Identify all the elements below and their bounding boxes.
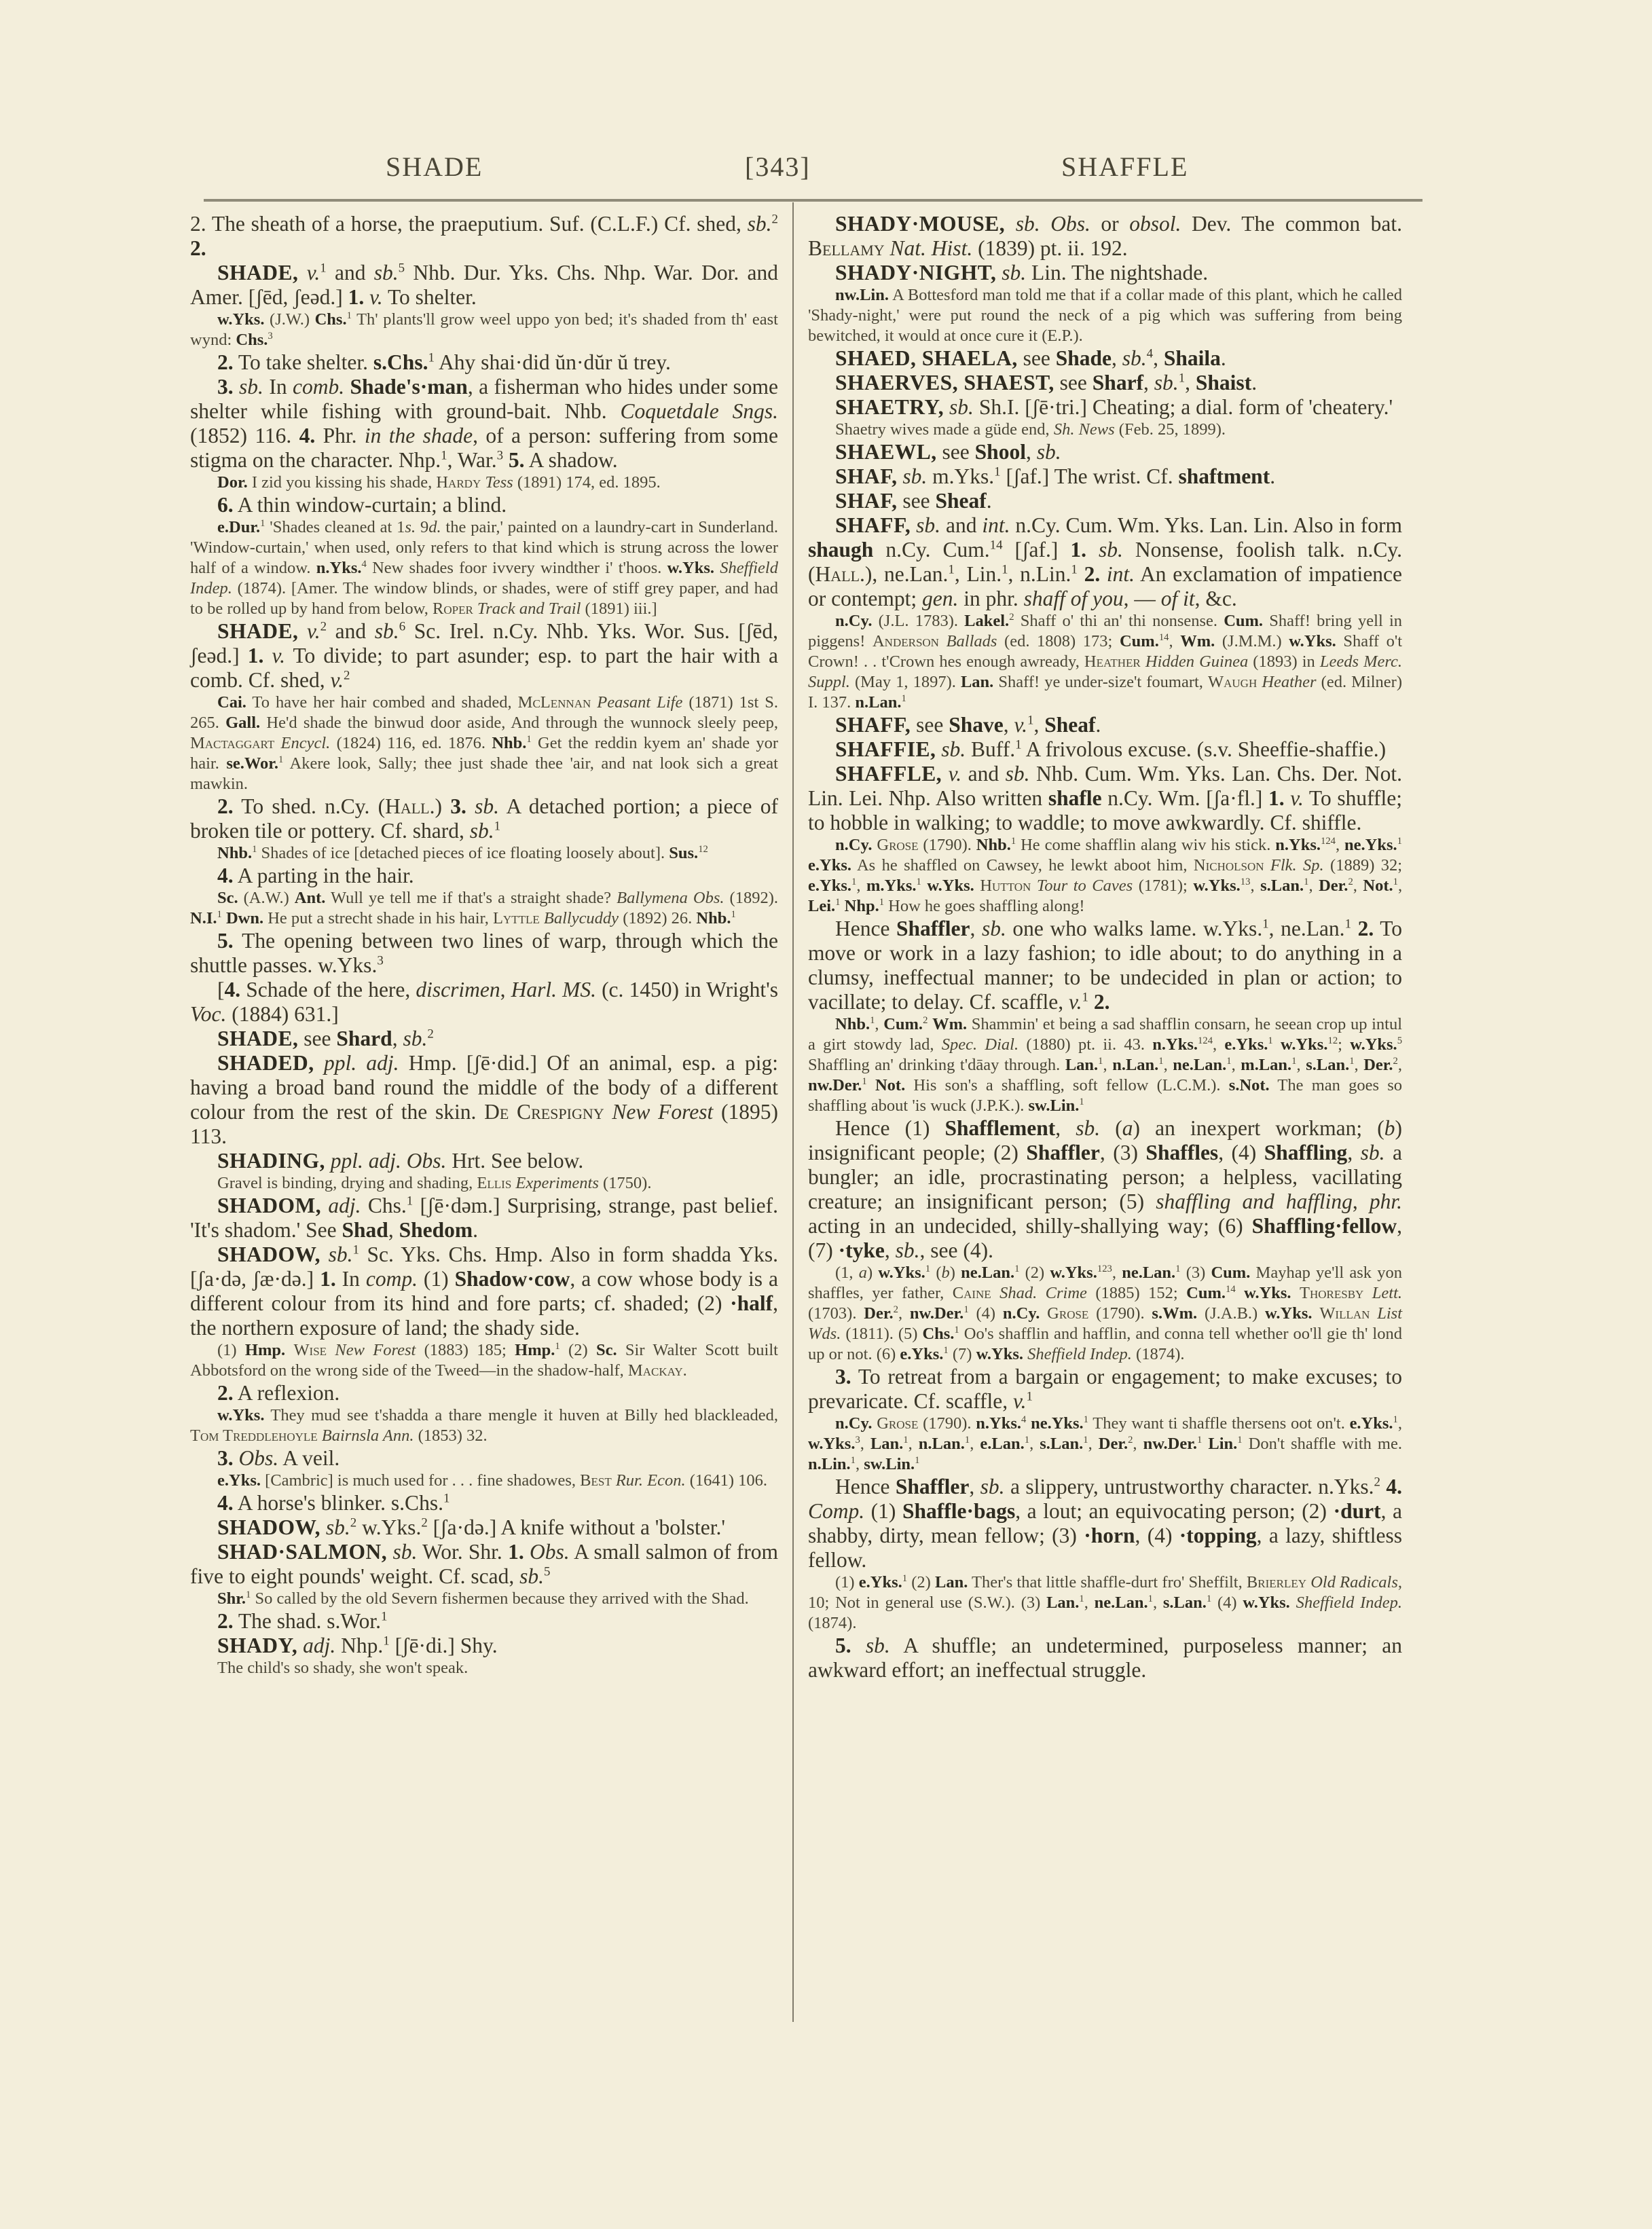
citation-block: The child's so shady, she won't speak. <box>190 1658 778 1678</box>
citation-block: Sc. (A.W.) Ant. Wull ye tell me if that'… <box>190 888 778 929</box>
citation-block: e.Dur.1 'Shades cleaned at 1s. 9d. the p… <box>190 517 778 619</box>
dictionary-entry: SHAF, see Sheaf. <box>808 489 1402 513</box>
citation-block: Cai. To have her hair combed and shaded,… <box>190 693 778 794</box>
dictionary-entry: 2. The sheath of a horse, the praeputium… <box>190 212 778 261</box>
citation-block: (1) e.Yks.1 (2) Lan. Ther's that little … <box>808 1572 1402 1634</box>
citation-block: w.Yks. They mud see t'shadda a thare men… <box>190 1405 778 1446</box>
dictionary-entry: Hence Shaffler, sb. one who walks lame. … <box>808 917 1402 1014</box>
column-divider <box>792 202 794 2022</box>
citation-block: Gravel is binding, drying and shading, E… <box>190 1173 778 1194</box>
citation-block: n.Cy. (J.L. 1783). Lakel.2 Shaff o' thi … <box>808 611 1402 713</box>
dictionary-entry: SHADY·MOUSE, sb. Obs. or obsol. Dev. The… <box>808 212 1402 261</box>
dictionary-entry: 5. sb. A shuffle; an undetermined, purpo… <box>808 1634 1402 1682</box>
dictionary-entry: SHAFFLE, v. and sb. Nhb. Cum. Wm. Yks. L… <box>808 762 1402 835</box>
citation-block: n.Cy. Grose (1790). n.Yks.4 ne.Yks.1 The… <box>808 1414 1402 1475</box>
dictionary-entry: 3. Obs. A veil. <box>190 1446 778 1471</box>
dictionary-entry: 6. A thin window-curtain; a blind. <box>190 493 778 517</box>
citation-block: (1) Hmp. Wise New Forest (1883) 185; Hmp… <box>190 1340 778 1381</box>
dictionary-entry: Hence (1) Shafflement, sb. (a) an inexpe… <box>808 1116 1402 1263</box>
dictionary-entry: 3. To retreat from a bargain or engageme… <box>808 1365 1402 1414</box>
citation-block: Shr.1 So called by the old Severn fisher… <box>190 1589 778 1609</box>
dictionary-entry: SHAD·SALMON, sb. Wor. Shr. 1. Obs. A sma… <box>190 1540 778 1589</box>
dictionary-entry: 4. A horse's blinker. s.Chs.1 <box>190 1491 778 1515</box>
citation-block: Shaetry wives made a güde end, Sh. News … <box>808 420 1402 440</box>
dictionary-entry: SHAF, sb. m.Yks.1 [ʃaf.] The wrist. Cf. … <box>808 464 1402 489</box>
dictionary-entry: SHAFF, see Shave, v.1, Sheaf. <box>808 713 1402 737</box>
dictionary-entry: SHADE, see Shard, sb.2 <box>190 1027 778 1051</box>
page-number: [343] <box>745 151 811 183</box>
dictionary-entry: [4. Schade of the here, discrimen, Harl.… <box>190 978 778 1027</box>
dictionary-entry: SHADED, ppl. adj. Hmp. [ʃē·did.] Of an a… <box>190 1051 778 1149</box>
dictionary-entry: 2. A reflexion. <box>190 1381 778 1405</box>
citation-block: Nhb.1, Cum.2 Wm. Shammin' et being a sad… <box>808 1014 1402 1116</box>
dictionary-entry: SHADY, adj. Nhp.1 [ʃē·di.] Shy. <box>190 1634 778 1658</box>
dictionary-entry: SHAEWL, see Shool, sb. <box>808 440 1402 464</box>
dictionary-entry: 2. To shed. n.Cy. (Hall.) 3. sb. A detac… <box>190 794 778 843</box>
citation-block: w.Yks. (J.W.) Chs.1 Th' plants'll grow w… <box>190 310 778 350</box>
dictionary-entry: 5. The opening between two lines of warp… <box>190 929 778 978</box>
dictionary-entry: SHAERVES, SHAEST, see Sharf, sb.1, Shais… <box>808 371 1402 395</box>
dictionary-entry: SHADY·NIGHT, sb. Lin. The nightshade. <box>808 261 1402 285</box>
dictionary-entry: SHADOW, sb.2 w.Yks.2 [ʃa·də.] A knife wi… <box>190 1515 778 1540</box>
dictionary-entry: SHADOM, adj. Chs.1 [ʃē·dəm.] Surprising,… <box>190 1194 778 1242</box>
citation-block: e.Yks. [Cambric] is much used for . . . … <box>190 1471 778 1491</box>
left-column: 2. The sheath of a horse, the praeputium… <box>190 212 778 1678</box>
dictionary-entry: SHAFFIE, sb. Buff.1 A frivolous excuse. … <box>808 737 1402 762</box>
dictionary-entry: SHADE, v.1 and sb.5 Nhb. Dur. Yks. Chs. … <box>190 261 778 310</box>
dictionary-entry: SHAETRY, sb. Sh.I. [ʃē·tri.] Cheating; a… <box>808 395 1402 420</box>
dictionary-entry: Hence Shaffler, sb. a slippery, untrustw… <box>808 1475 1402 1572</box>
dictionary-entry: SHADOW, sb.1 Sc. Yks. Chs. Hmp. Also in … <box>190 1242 778 1340</box>
running-head-right-word: SHAFFLE <box>1061 151 1188 183</box>
dictionary-entry: SHADE, v.2 and sb.6 Sc. Irel. n.Cy. Nhb.… <box>190 619 778 693</box>
dictionary-entry: SHAFF, sb. and int. n.Cy. Cum. Wm. Yks. … <box>808 513 1402 611</box>
citation-block: Nhb.1 Shades of ice [detached pieces of … <box>190 843 778 864</box>
running-head: SHADE [343] SHAFFLE <box>0 151 1652 198</box>
citation-block: nw.Lin. A Bottesford man told me that if… <box>808 285 1402 346</box>
dictionary-entry: SHADING, ppl. adj. Obs. Hrt. See below. <box>190 1149 778 1173</box>
dictionary-entry: 2. To take shelter. s.Chs.1 Ahy shai·did… <box>190 350 778 375</box>
citation-block: (1, a) w.Yks.1 (b) ne.Lan.1 (2) w.Yks.12… <box>808 1263 1402 1365</box>
dictionary-entry: 4. A parting in the hair. <box>190 864 778 888</box>
dictionary-entry: 3. sb. In comb. Shade's·man, a fisherman… <box>190 375 778 473</box>
right-column: SHADY·MOUSE, sb. Obs. or obsol. Dev. The… <box>808 212 1402 1682</box>
dictionary-entry: SHAED, SHAELA, see Shade, sb.4, Shaila. <box>808 346 1402 371</box>
citation-block: Dor. I zid you kissing his shade, Hardy … <box>190 473 778 493</box>
dictionary-entry: 2. The shad. s.Wor.1 <box>190 1609 778 1634</box>
header-rule <box>204 199 1422 202</box>
running-head-left-word: SHADE <box>386 151 483 183</box>
citation-block: n.Cy. Grose (1790). Nhb.1 He come shaffl… <box>808 835 1402 917</box>
